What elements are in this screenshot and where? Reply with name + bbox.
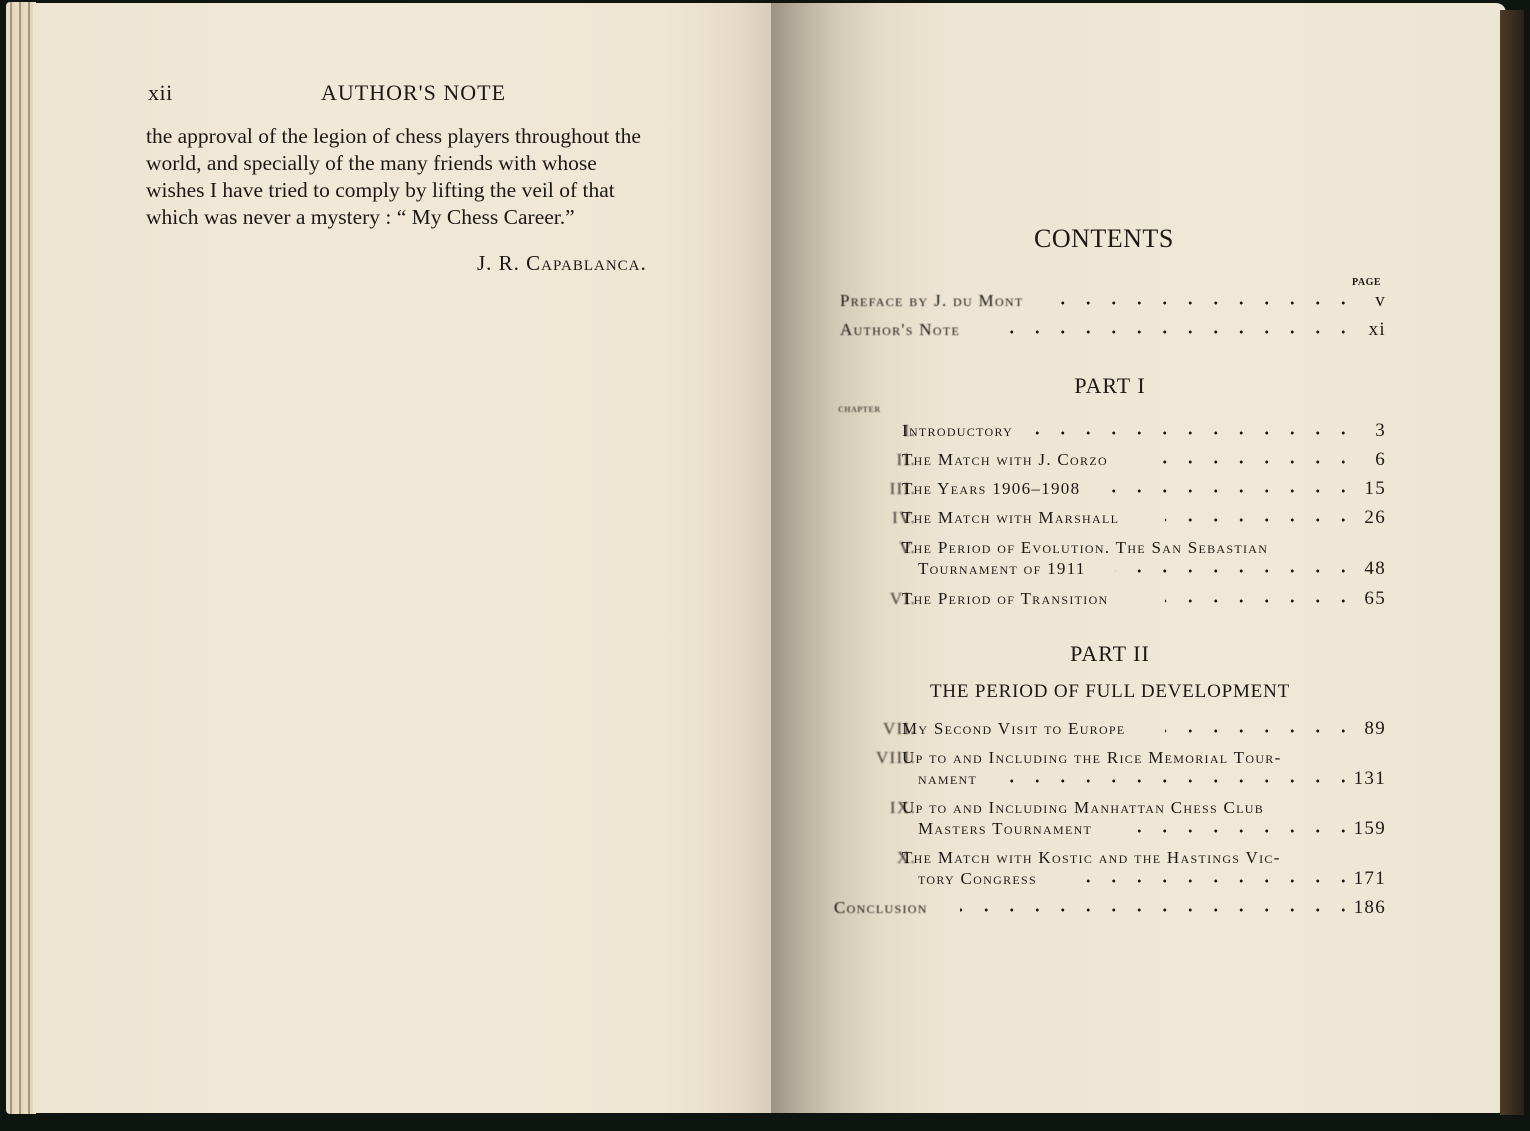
dot-leader [1115, 557, 1356, 581]
toc-entry-label: Conclusion [834, 896, 928, 920]
toc-page-number: v [1375, 289, 1386, 313]
dot-leader [1130, 817, 1356, 841]
toc-entry-label: The Match with J. Corzo [902, 448, 1108, 472]
dot-leader [1080, 867, 1356, 891]
page-number: xii [148, 80, 173, 106]
toc-entry-chapter[interactable]: IV. The Match with Marshall 26 [830, 506, 1386, 530]
dot-leader [1160, 448, 1356, 472]
author-note-body: the approval of the legion of chess play… [146, 123, 697, 231]
open-book: xii AUTHOR'S NOTE the approval of the le… [0, 0, 1530, 1131]
dot-leader [1110, 477, 1356, 501]
toc-page-number: xi [1369, 318, 1386, 342]
body-line: the approval of the legion of chess play… [146, 123, 697, 150]
toc-page-number: 3 [1375, 419, 1386, 443]
page-block-edges [6, 2, 36, 1114]
toc-entry-label: nament [918, 767, 977, 791]
toc-entry-chapter[interactable]: VII. My Second Visit to Europe 89 [830, 717, 1386, 741]
toc-entry-chapter-continued[interactable]: nament 131 [830, 767, 1386, 791]
dot-leader [1000, 767, 1356, 791]
toc-entry-label: Tournament of 1911 [918, 557, 1086, 581]
page-column-label: PAGE [1352, 277, 1381, 288]
dot-leader [1030, 419, 1356, 443]
toc-page-number: 26 [1364, 506, 1386, 530]
toc-page-number: 65 [1364, 587, 1386, 611]
toc-page-number: 159 [1354, 817, 1386, 841]
toc-page-number: 131 [1354, 767, 1386, 791]
chapter-column-label: CHAPTER [838, 405, 881, 414]
toc-entry-label: The Period of Transition [902, 587, 1109, 611]
book-cover-edge [1500, 10, 1524, 1115]
toc-entry-label: Author's Note [840, 318, 960, 342]
dot-leader [1165, 506, 1356, 530]
toc-entry-label: Masters Tournament [918, 817, 1092, 841]
dot-leader [1165, 717, 1356, 741]
part-subtitle: THE PERIOD OF FULL DEVELOPMENT [830, 681, 1390, 703]
toc-entry-label: Preface by J. du Mont [840, 289, 1024, 313]
toc-entry-chapter-continued[interactable]: Masters Tournament 159 [830, 817, 1386, 841]
toc-entry-conclusion[interactable]: Conclusion 186 [830, 896, 1386, 920]
dot-leader [960, 896, 1356, 920]
toc-page-number: 186 [1354, 896, 1386, 920]
toc-entry-chapter-continued[interactable]: Tournament of 1911 48 [830, 557, 1386, 581]
toc-entry-chapter[interactable]: VI. The Period of Transition 65 [830, 587, 1386, 611]
toc-page-number: 171 [1354, 867, 1386, 891]
body-line: wishes I have tried to comply by lifting… [146, 177, 697, 204]
toc-entry-label: tory Congress [918, 867, 1037, 891]
dot-leader [1055, 289, 1356, 313]
toc-page-number: 6 [1375, 448, 1386, 472]
body-line: world, and specially of the many friends… [146, 150, 697, 177]
toc-entry-chapter[interactable]: I. Introductory 3 [830, 419, 1386, 443]
toc-entry-authors-note[interactable]: Author's Note xi [830, 318, 1386, 342]
dot-leader [990, 318, 1356, 342]
part-heading: PART I [830, 373, 1390, 399]
contents-title: CONTENTS [1034, 224, 1174, 254]
toc-entry-chapter-continued[interactable]: tory Congress 171 [830, 867, 1386, 891]
toc-entry-preface[interactable]: Preface by J. du Mont v [830, 289, 1386, 313]
author-signature: J. R. Capablanca. [477, 251, 647, 276]
toc-entry-chapter[interactable]: III. The Years 1906–1908 15 [830, 477, 1386, 501]
toc-entry-label: The Match with Marshall [902, 506, 1119, 530]
running-head-title: AUTHOR'S NOTE [321, 80, 506, 106]
toc-entry-label: My Second Visit to Europe [902, 717, 1126, 741]
dot-leader [1165, 587, 1356, 611]
toc-page-number: 89 [1364, 717, 1386, 741]
running-head: xii AUTHOR'S NOTE [148, 80, 698, 110]
toc-entry-label: The Years 1906–1908 [902, 477, 1080, 501]
body-line: which was never a mystery : “ My Chess C… [146, 204, 697, 231]
toc-entry-chapter[interactable]: II. The Match with J. Corzo 6 [830, 448, 1386, 472]
toc-page-number: 48 [1364, 557, 1386, 581]
toc-page-number: 15 [1364, 477, 1386, 501]
part-heading: PART II [830, 641, 1390, 667]
toc-entry-label: Introductory [902, 419, 1013, 443]
